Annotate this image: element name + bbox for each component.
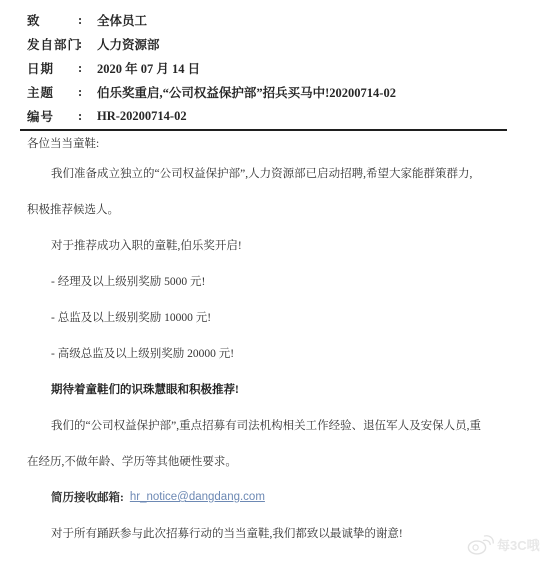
header-field-date: 日期 : 2020 年 07 月 14 日	[27, 56, 533, 80]
header-field-to: 致 : 全体员工	[27, 8, 533, 32]
field-colon: :	[78, 37, 91, 52]
header-field-subject: 主题 : 伯乐奖重启,“公司权益保护部”招兵买马中!20200714-02	[27, 80, 533, 104]
header-field-from: 发自部门 : 人力资源部	[27, 32, 533, 56]
weibo-watermark: 每3C哦	[467, 533, 540, 555]
field-colon: :	[78, 109, 91, 124]
field-colon: :	[78, 61, 91, 76]
field-label: 发自部门	[27, 35, 78, 53]
field-colon: :	[78, 85, 91, 100]
field-label: 主题	[27, 83, 78, 101]
field-value: HR-20200714-02	[97, 109, 187, 124]
field-label: 日期	[27, 59, 78, 77]
field-label: 编号	[27, 107, 78, 125]
memo-body: 各位当当童鞋: 我们准备成立独立的“公司权益保护部”,人力资源部已启动招聘,希望…	[27, 131, 532, 551]
bullet-line: - 总监及以上级别奖励 10000 元!	[27, 299, 532, 335]
salutation-line: 各位当当童鞋:	[27, 131, 532, 155]
field-label: 致	[27, 11, 78, 29]
email-link[interactable]: hr_notice@dangdang.com	[130, 491, 265, 503]
email-label: 简历接收邮箱:	[51, 489, 124, 505]
emphasis-line: 期待着童鞋们的识珠慧眼和积极推荐!	[27, 371, 532, 407]
body-line: 在经历,不做年龄、学历等其他硬性要求。	[27, 443, 532, 479]
field-colon: :	[78, 13, 91, 28]
body-line: 积极推荐候选人。	[27, 191, 532, 227]
header-field-number: 编号 : HR-20200714-02	[27, 104, 533, 128]
memo-header: 致 : 全体员工 发自部门 : 人力资源部 日期 : 2020 年 07 月 1…	[27, 8, 533, 128]
watermark-text: 每3C哦	[497, 535, 540, 554]
memo-document: 致 : 全体员工 发自部门 : 人力资源部 日期 : 2020 年 07 月 1…	[0, 0, 553, 565]
body-line: 对于推荐成功入职的童鞋,伯乐奖开启!	[27, 227, 532, 263]
closing-line: 对于所有踊跃参与此次招募行动的当当童鞋,我们都致以最诚挚的谢意!	[27, 515, 532, 551]
field-value: 伯乐奖重启,“公司权益保护部”招兵买马中!20200714-02	[97, 83, 396, 101]
body-line: 我们准备成立独立的“公司权益保护部”,人力资源部已启动招聘,希望大家能群策群力,	[27, 155, 532, 191]
field-value: 人力资源部	[97, 35, 160, 53]
bullet-line: - 高级总监及以上级别奖励 20000 元!	[27, 335, 532, 371]
weibo-icon	[467, 533, 494, 555]
field-value: 2020 年 07 月 14 日	[97, 59, 200, 77]
email-line: 简历接收邮箱: hr_notice@dangdang.com	[27, 479, 532, 515]
body-line: 我们的“公司权益保护部”,重点招募有司法机构相关工作经验、退伍军人及安保人员,重	[27, 407, 532, 443]
field-value: 全体员工	[97, 11, 147, 29]
bullet-line: - 经理及以上级别奖励 5000 元!	[27, 263, 532, 299]
